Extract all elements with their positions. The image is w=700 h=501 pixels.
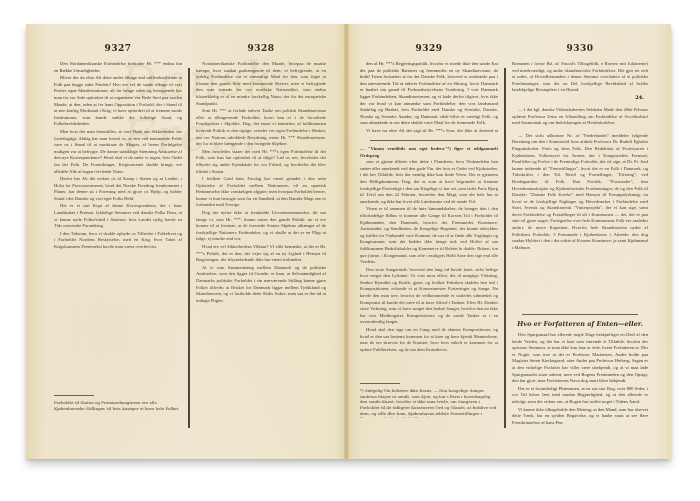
section-divider	[522, 314, 638, 315]
news-item: — I det kgl. danske Videnskabernes Selsk…	[512, 107, 648, 127]
paragraph: Det er et tørt Kopi af denne Korresponde…	[54, 203, 182, 229]
column-9327: 9327 Den Nordamerikanske Forbindelse for…	[54, 44, 182, 411]
column-number: 9327	[54, 44, 182, 54]
newspaper-spread: Dansk Fre... 9327 Den Nordamerikanske Fo…	[26, 24, 671, 459]
footnote-rule	[360, 383, 400, 384]
right-page: 9329 den af Hr. ***s Regjeringspolitik, …	[346, 24, 671, 459]
paragraph: Bliver der da efter Alt dette andet tilb…	[54, 75, 182, 128]
paragraph: den af Hr. ***s Regjeringspolitik, hvorf…	[360, 61, 498, 127]
column-body-continued: som vi gjerne tilføier efter dette i Fla…	[360, 159, 498, 379]
footnote: *) Sælgelig Vin behøver ikke Krans. — De…	[360, 388, 498, 418]
paragraph: Som Hr. *** at forlade enhver Tanke om p…	[196, 108, 326, 148]
column-body: Nordamerikanske Forbindelse den Maade, h…	[196, 61, 326, 429]
section-divider	[370, 140, 488, 141]
paragraph: Vinen er til sammen til de høie Sømandsk…	[360, 206, 498, 265]
paragraph: Nordamerikanske Forbindelse den Maade, h…	[196, 61, 326, 107]
left-page: Dansk Fre... 9327 Den Nordamerikanske Fo…	[26, 24, 346, 459]
column-body: den af Hr. ***s Regjeringspolitik, hvorf…	[360, 61, 498, 135]
column-number: 9328	[196, 44, 326, 54]
paragraph: Men hvis der maa fremstilles, at vort Ha…	[54, 129, 182, 175]
page-spine	[344, 24, 349, 459]
column-9329: 9329 den af Hr. ***s Regjeringspolitik, …	[360, 44, 498, 418]
paragraph: Vi have nu efter Alt det sagt til Hr. **…	[360, 128, 498, 135]
signature: 24.	[512, 95, 644, 101]
footnote-rule	[54, 395, 94, 396]
paragraph: Den store Sangerinde, hvorved den lang t…	[360, 267, 498, 326]
news-item: — Det sidst udkomne Nr. af "Fædrelandet"…	[512, 133, 648, 252]
paragraph: Den Nordamerikanske Forbindelse forbinde…	[54, 61, 182, 74]
footnote: Forholdet til Staten og Fremmedmagterne …	[54, 400, 182, 411]
column-divider	[188, 68, 190, 428]
paragraph: Vi kunne ikke tilbageholde den Mening, a…	[512, 407, 648, 424]
quote-heading: — "Vinum vendibile non eget hedera"*) fi…	[360, 146, 498, 159]
paragraph: Dog det nytter ikke at fremkalde Uoveren…	[196, 210, 326, 243]
column-number: 9329	[360, 44, 498, 54]
column-9330: 9330 Romanen i forste Bd. af: Pascal's T…	[512, 44, 648, 424]
column-divider	[504, 68, 506, 428]
paragraph: At vi som Sammenhæng mellem Danmark og d…	[196, 265, 326, 305]
paragraph: Det er et forunderligt Phænomen, at en s…	[512, 386, 648, 406]
section-heading: Hvo er Forfatteren af Enten—eller.	[512, 320, 648, 328]
paragraph: Men hvorledes staaer det med Hr. ***s eg…	[196, 149, 326, 175]
paragraph: Romanen i forste Bd. af: Pascal's Tilbag…	[512, 61, 648, 94]
column-body: Romanen i forste Bd. af: Pascal's Tilbag…	[512, 61, 648, 94]
column-9328: 9328 Nordamerikanske Forbindelse den Maa…	[196, 44, 326, 429]
paragraph: I den Tidsrum, hvor vi skulde opbyde os …	[54, 231, 182, 251]
paragraph: Derfor har Alt det sviktet os til Kamp i…	[54, 176, 182, 202]
paragraph: I hvilken Grad hans Forslag har været gr…	[196, 176, 326, 209]
paragraph: Den Spørgsmaal har allerede nogle Dage b…	[512, 332, 648, 385]
paragraph: Hvad skal den sige om en Gang med de skø…	[360, 327, 498, 353]
column-body: Den Nordamerikanske Forbindelse forbinde…	[54, 61, 182, 391]
article-body: Den Spørgsmaal har allerede nogle Dage b…	[512, 332, 648, 424]
paragraph: Hvad ere vel Sikkerhedens Vilkaar? Vi vi…	[196, 244, 326, 264]
paragraph: som vi gjerne tilføier efter dette i Fla…	[360, 159, 498, 205]
column-number: 9330	[512, 44, 648, 54]
news-items: — I det kgl. danske Videnskabernes Selsk…	[512, 107, 648, 309]
